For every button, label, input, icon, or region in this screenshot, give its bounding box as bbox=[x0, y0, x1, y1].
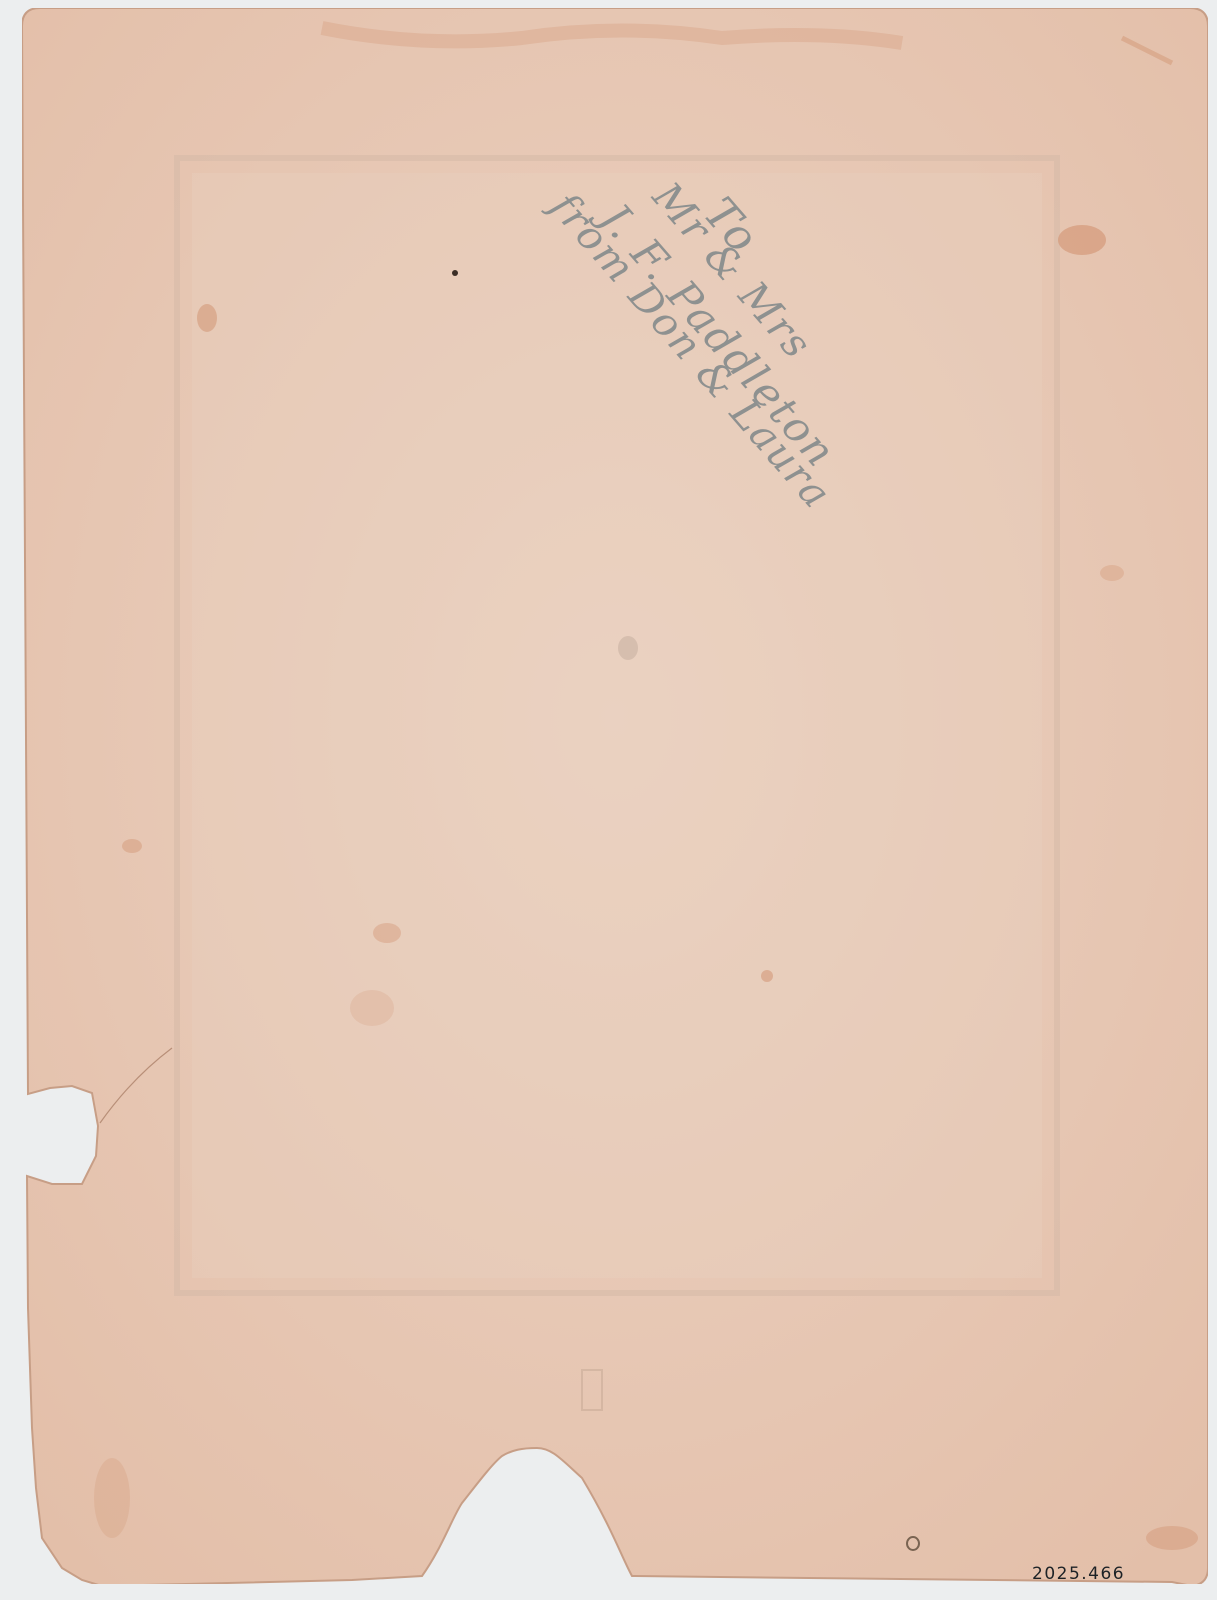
ink-spot bbox=[452, 270, 458, 276]
accession-number: 2025.466 bbox=[1032, 1564, 1125, 1584]
cabinet-card-back: To Mr & Mrs J. F. Paddleton from Don & L… bbox=[22, 8, 1208, 1584]
ring-mark bbox=[906, 1536, 920, 1551]
card-surface bbox=[22, 8, 1208, 1584]
